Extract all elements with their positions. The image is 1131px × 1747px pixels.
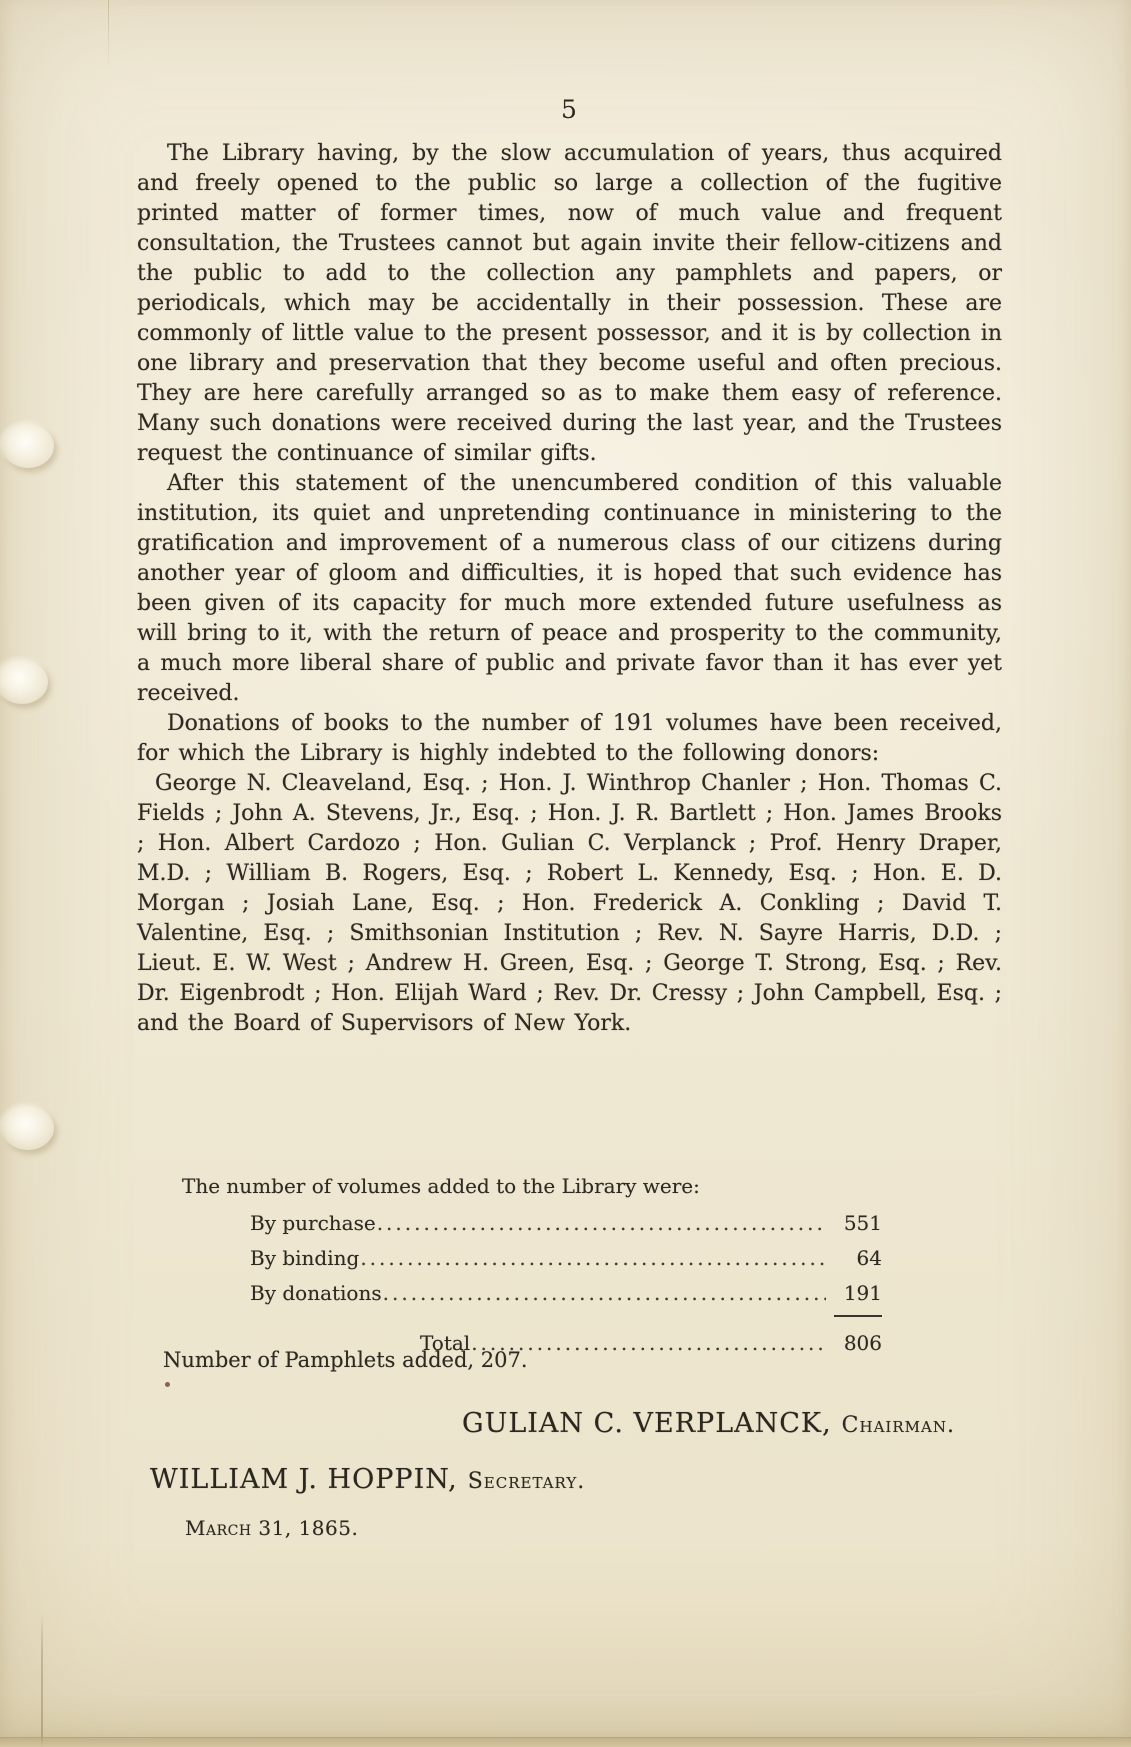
row-value: 191 <box>830 1276 882 1311</box>
signature-title: Chairman. <box>842 1413 955 1438</box>
row-label: By binding <box>250 1241 359 1276</box>
page-number: 5 <box>137 95 1002 124</box>
secretary-signature: WILLIAM J. HOPPIN,Secretary. <box>150 1464 585 1495</box>
paragraph-donations: Donations of books to the number of 191 … <box>137 709 1002 769</box>
date-line: March 31, 1865. <box>185 1516 358 1540</box>
dot-leader <box>360 1241 826 1276</box>
pamphlets-note: Number of Pamphlets added, 207. <box>163 1348 528 1372</box>
volumes-table: The number of volumes added to the Libra… <box>182 1172 882 1361</box>
total-rule <box>834 1315 882 1317</box>
table-row: By donations 191 <box>182 1276 882 1311</box>
table-row: By purchase 551 <box>182 1206 882 1241</box>
paper-crease <box>41 1612 43 1747</box>
row-value: 551 <box>830 1206 882 1241</box>
row-value: 64 <box>830 1241 882 1276</box>
paragraph-accumulation: The Library having, by the slow accumula… <box>137 139 1002 469</box>
table-row: By binding 64 <box>182 1241 882 1276</box>
paper-dent <box>0 660 48 704</box>
signature-name: GULIAN C. VERPLANCK, <box>462 1408 832 1439</box>
paper-dent <box>2 1106 54 1150</box>
scanned-report-page: 5 The Library having, by the slow accumu… <box>0 0 1131 1747</box>
paragraph-donor-list: George N. Cleaveland, Esq. ; Hon. J. Win… <box>137 769 1002 1039</box>
paragraph-statement: After this statement of the unencumbered… <box>137 469 1002 709</box>
paper-crease <box>108 0 109 70</box>
chairman-signature: GULIAN C. VERPLANCK,Chairman. <box>462 1408 955 1439</box>
dot-leader <box>383 1276 826 1311</box>
ink-speck <box>165 1382 170 1387</box>
row-label: By purchase <box>250 1206 376 1241</box>
paper-dent <box>2 424 54 468</box>
page-body: The Library having, by the slow accumula… <box>137 139 1002 1039</box>
page-bottom-edge <box>0 1737 1131 1747</box>
signature-name: WILLIAM J. HOPPIN, <box>150 1464 458 1495</box>
dot-leader <box>377 1206 826 1241</box>
signature-title: Secretary. <box>468 1469 586 1494</box>
table-caption: The number of volumes added to the Libra… <box>182 1172 882 1200</box>
row-label: By donations <box>250 1276 382 1311</box>
total-value: 806 <box>830 1326 882 1361</box>
